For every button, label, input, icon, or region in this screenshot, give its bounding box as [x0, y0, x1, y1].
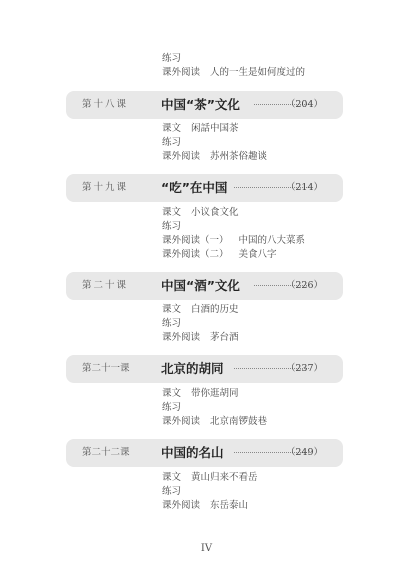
lesson-title[interactable]: 中国“茶”文化 [161, 91, 240, 119]
toc-subitem: 练习 [162, 136, 181, 150]
lesson-title[interactable]: 中国的名山 [161, 439, 224, 467]
toc-subitem: 课文小议食文化 [162, 206, 239, 220]
lesson-page: （226） [286, 272, 323, 300]
toc-subitem: 练习 [162, 220, 181, 234]
subitem-label: 课外阅读 [162, 332, 200, 343]
subitem-label: 练习 [162, 402, 181, 413]
subitem-label: 课外阅读（二） [162, 249, 229, 260]
subitem-label: 课文 [162, 388, 181, 399]
subitem-label: 练习 [162, 486, 181, 497]
lesson-page: （204） [286, 91, 323, 119]
subitem-label: 课外阅读 [162, 500, 200, 511]
subitem-label: 课文 [162, 207, 181, 218]
toc-subitem: 练习 [162, 485, 181, 499]
subitem-text: 白酒的历史 [191, 304, 239, 315]
lesson-header[interactable]: 第二十课 中国“酒”文化 （226） [66, 272, 343, 300]
lesson-title[interactable]: 中国“酒”文化 [161, 272, 240, 300]
lesson-number: 第二十课 [82, 272, 128, 300]
toc-subitem: 课外阅读人的一生是如何度过的 [162, 66, 305, 80]
toc-subitem: 课文闲話中国茶 [162, 122, 239, 136]
toc-subitem: 课外阅读北京南锣鼓巷 [162, 415, 267, 429]
subitem-label: 课外阅读 [162, 416, 200, 427]
subitem-label: 练习 [162, 137, 181, 148]
toc-subitem: 课外阅读东岳泰山 [162, 499, 248, 513]
subitem-label: 课文 [162, 123, 181, 134]
lesson-header[interactable]: 第十九课 “吃”在中国 （214） [66, 174, 343, 202]
toc-subitem: 课文白酒的历史 [162, 303, 239, 317]
subitem-label: 课外阅读（一） [162, 235, 229, 246]
toc-subitem: 课外阅读（二）美食八字 [162, 248, 277, 262]
lesson-number: 第十八课 [82, 91, 128, 119]
lesson-header[interactable]: 第二十二课 中国的名山 （249） [66, 439, 343, 467]
lesson-title[interactable]: 北京的胡同 [161, 355, 224, 383]
subitem-label: 练习 [162, 53, 181, 64]
subitem-text: 美食八字 [239, 249, 277, 260]
subitem-text: 茅台酒 [210, 332, 239, 343]
subitem-text: 闲話中国茶 [191, 123, 239, 134]
toc-subitem: 练习 [162, 317, 181, 331]
lesson-number: 第二十一课 [82, 355, 130, 383]
toc-subitem: 课文带你逛胡同 [162, 387, 239, 401]
lesson-number: 第十九课 [82, 174, 128, 202]
subitem-label: 练习 [162, 221, 181, 232]
subitem-label: 练习 [162, 318, 181, 329]
lesson-page: （214） [286, 174, 323, 202]
lesson-title[interactable]: “吃”在中国 [161, 174, 227, 202]
toc-subitem: 练习 [162, 401, 181, 415]
lesson-header[interactable]: 第十八课 中国“茶”文化 （204） [66, 91, 343, 119]
toc-page: 练习 课外阅读人的一生是如何度过的 第十八课 中国“茶”文化 （204） 课文闲… [0, 0, 413, 582]
subitem-text: 黄山归来不看岳 [191, 472, 258, 483]
subitem-label: 课外阅读 [162, 151, 200, 162]
subitem-label: 课文 [162, 304, 181, 315]
subitem-text: 带你逛胡同 [191, 388, 239, 399]
toc-subitem: 练习 [162, 52, 181, 66]
subitem-text: 中国的八大菜系 [239, 235, 306, 246]
subitem-text: 小议食文化 [191, 207, 239, 218]
toc-subitem: 课外阅读苏州茶俗趣谈 [162, 150, 267, 164]
lesson-page: （237） [286, 355, 323, 383]
subitem-text: 东岳泰山 [210, 500, 248, 511]
subitem-text: 人的一生是如何度过的 [210, 67, 305, 78]
toc-subitem: 课外阅读（一）中国的八大菜系 [162, 234, 305, 248]
toc-subitem: 课外阅读茅台酒 [162, 331, 239, 345]
lesson-header[interactable]: 第二十一课 北京的胡同 （237） [66, 355, 343, 383]
toc-subitem: 课文黄山归来不看岳 [162, 471, 258, 485]
page-number: IV [0, 543, 413, 554]
lesson-page: （249） [286, 439, 323, 467]
subitem-label: 课文 [162, 472, 181, 483]
subitem-label: 课外阅读 [162, 67, 200, 78]
subitem-text: 北京南锣鼓巷 [210, 416, 267, 427]
lesson-number: 第二十二课 [82, 439, 130, 467]
subitem-text: 苏州茶俗趣谈 [210, 151, 267, 162]
